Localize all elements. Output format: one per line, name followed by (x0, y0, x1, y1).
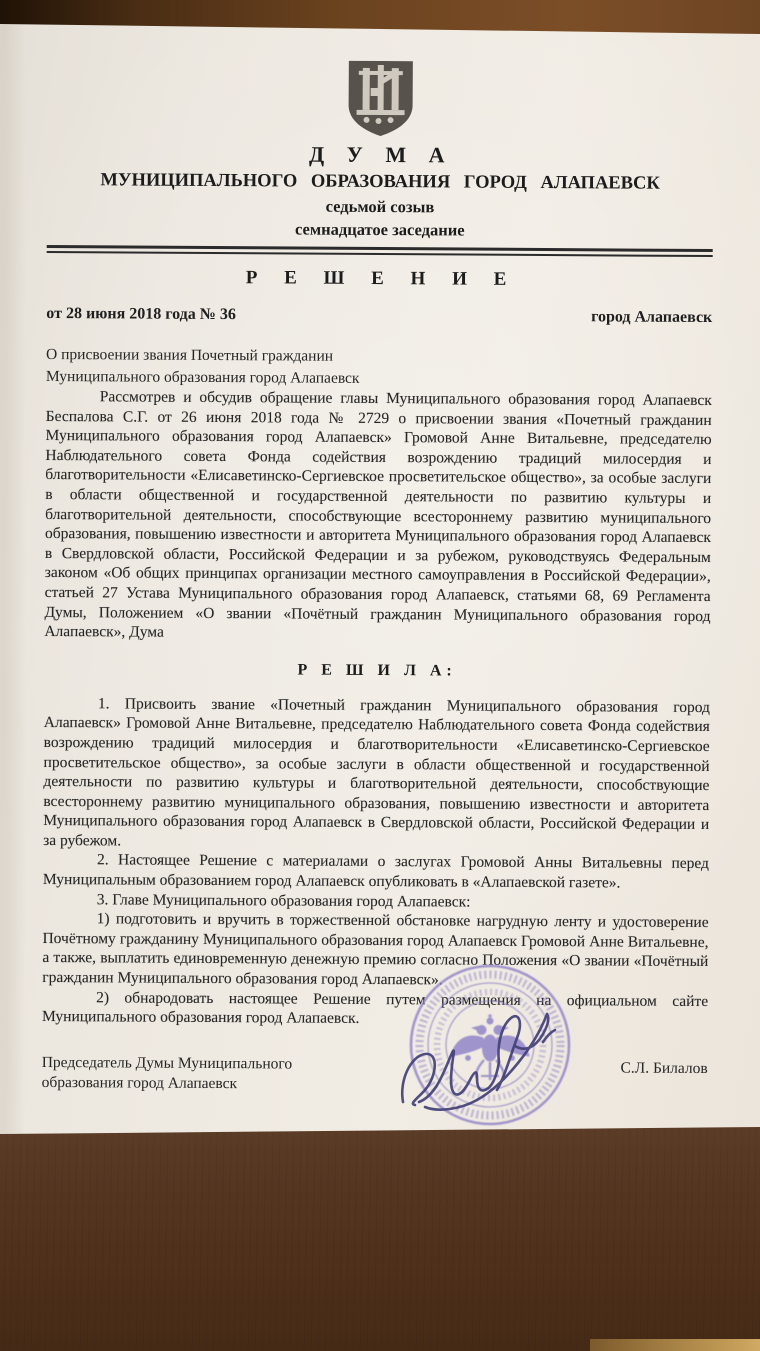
signatory-position: Председатель Думы Муниципального образов… (42, 1053, 332, 1096)
resolution-item-3-sub-2: 2) обнародовать настоящее Решение путем … (42, 988, 708, 1031)
signatory-name: С.Л. Билалов (620, 1056, 707, 1098)
photographed-document-scene: { "colors":{ "paper":"#efeae2", "text_in… (0, 0, 760, 1351)
handwritten-signature-icon (385, 950, 595, 1145)
resolution-heading: Р Е Ш И Л А: (44, 659, 710, 683)
resolution-item-1: 1. Присвоить звание «Почетный гражданин … (43, 694, 710, 855)
resolution-item-2: 2. Настоящее Решение с материалами о зас… (43, 850, 709, 893)
document-content: Д У М А МУНИЦИПАЛЬНОГО ОБРАЗОВАНИЯ ГОРОД… (42, 0, 715, 1098)
org-title: Д У М А (47, 140, 713, 170)
document-type-title: Р Е Ш Е Н И Е (46, 264, 712, 294)
subject-line: О присвоении звания Почетный гражданин М… (46, 344, 391, 389)
rule-line (47, 251, 713, 257)
wooden-table-bottom (0, 1100, 760, 1351)
convocation-line: седьмой созыв (47, 194, 713, 219)
city-coat-of-arms-icon (345, 58, 415, 138)
preamble-paragraph: Рассмотрев и обсудив обращение главы Мун… (44, 387, 712, 646)
double-rule (47, 245, 713, 257)
resolution-item-3-sub-1: 1) подготовить и вручить в торжественной… (42, 909, 708, 991)
signature-block: Председатель Думы Муниципального образов… (42, 1053, 708, 1098)
date-and-number: от 28 июня 2018 года № 36 (46, 304, 236, 325)
place-city: город Алапаевск (591, 307, 712, 328)
resolution-items: 1. Присвоить звание «Почетный гражданин … (42, 694, 710, 1031)
org-full-title: МУНИЦИПАЛЬНОГО ОБРАЗОВАНИЯ ГОРОД АЛАПАЕВ… (47, 168, 713, 196)
meta-row: от 28 июня 2018 года № 36 город Алапаевс… (46, 304, 712, 328)
wooden-table-light-edge (590, 1339, 760, 1351)
session-line: семнадцатое заседание (47, 217, 713, 242)
